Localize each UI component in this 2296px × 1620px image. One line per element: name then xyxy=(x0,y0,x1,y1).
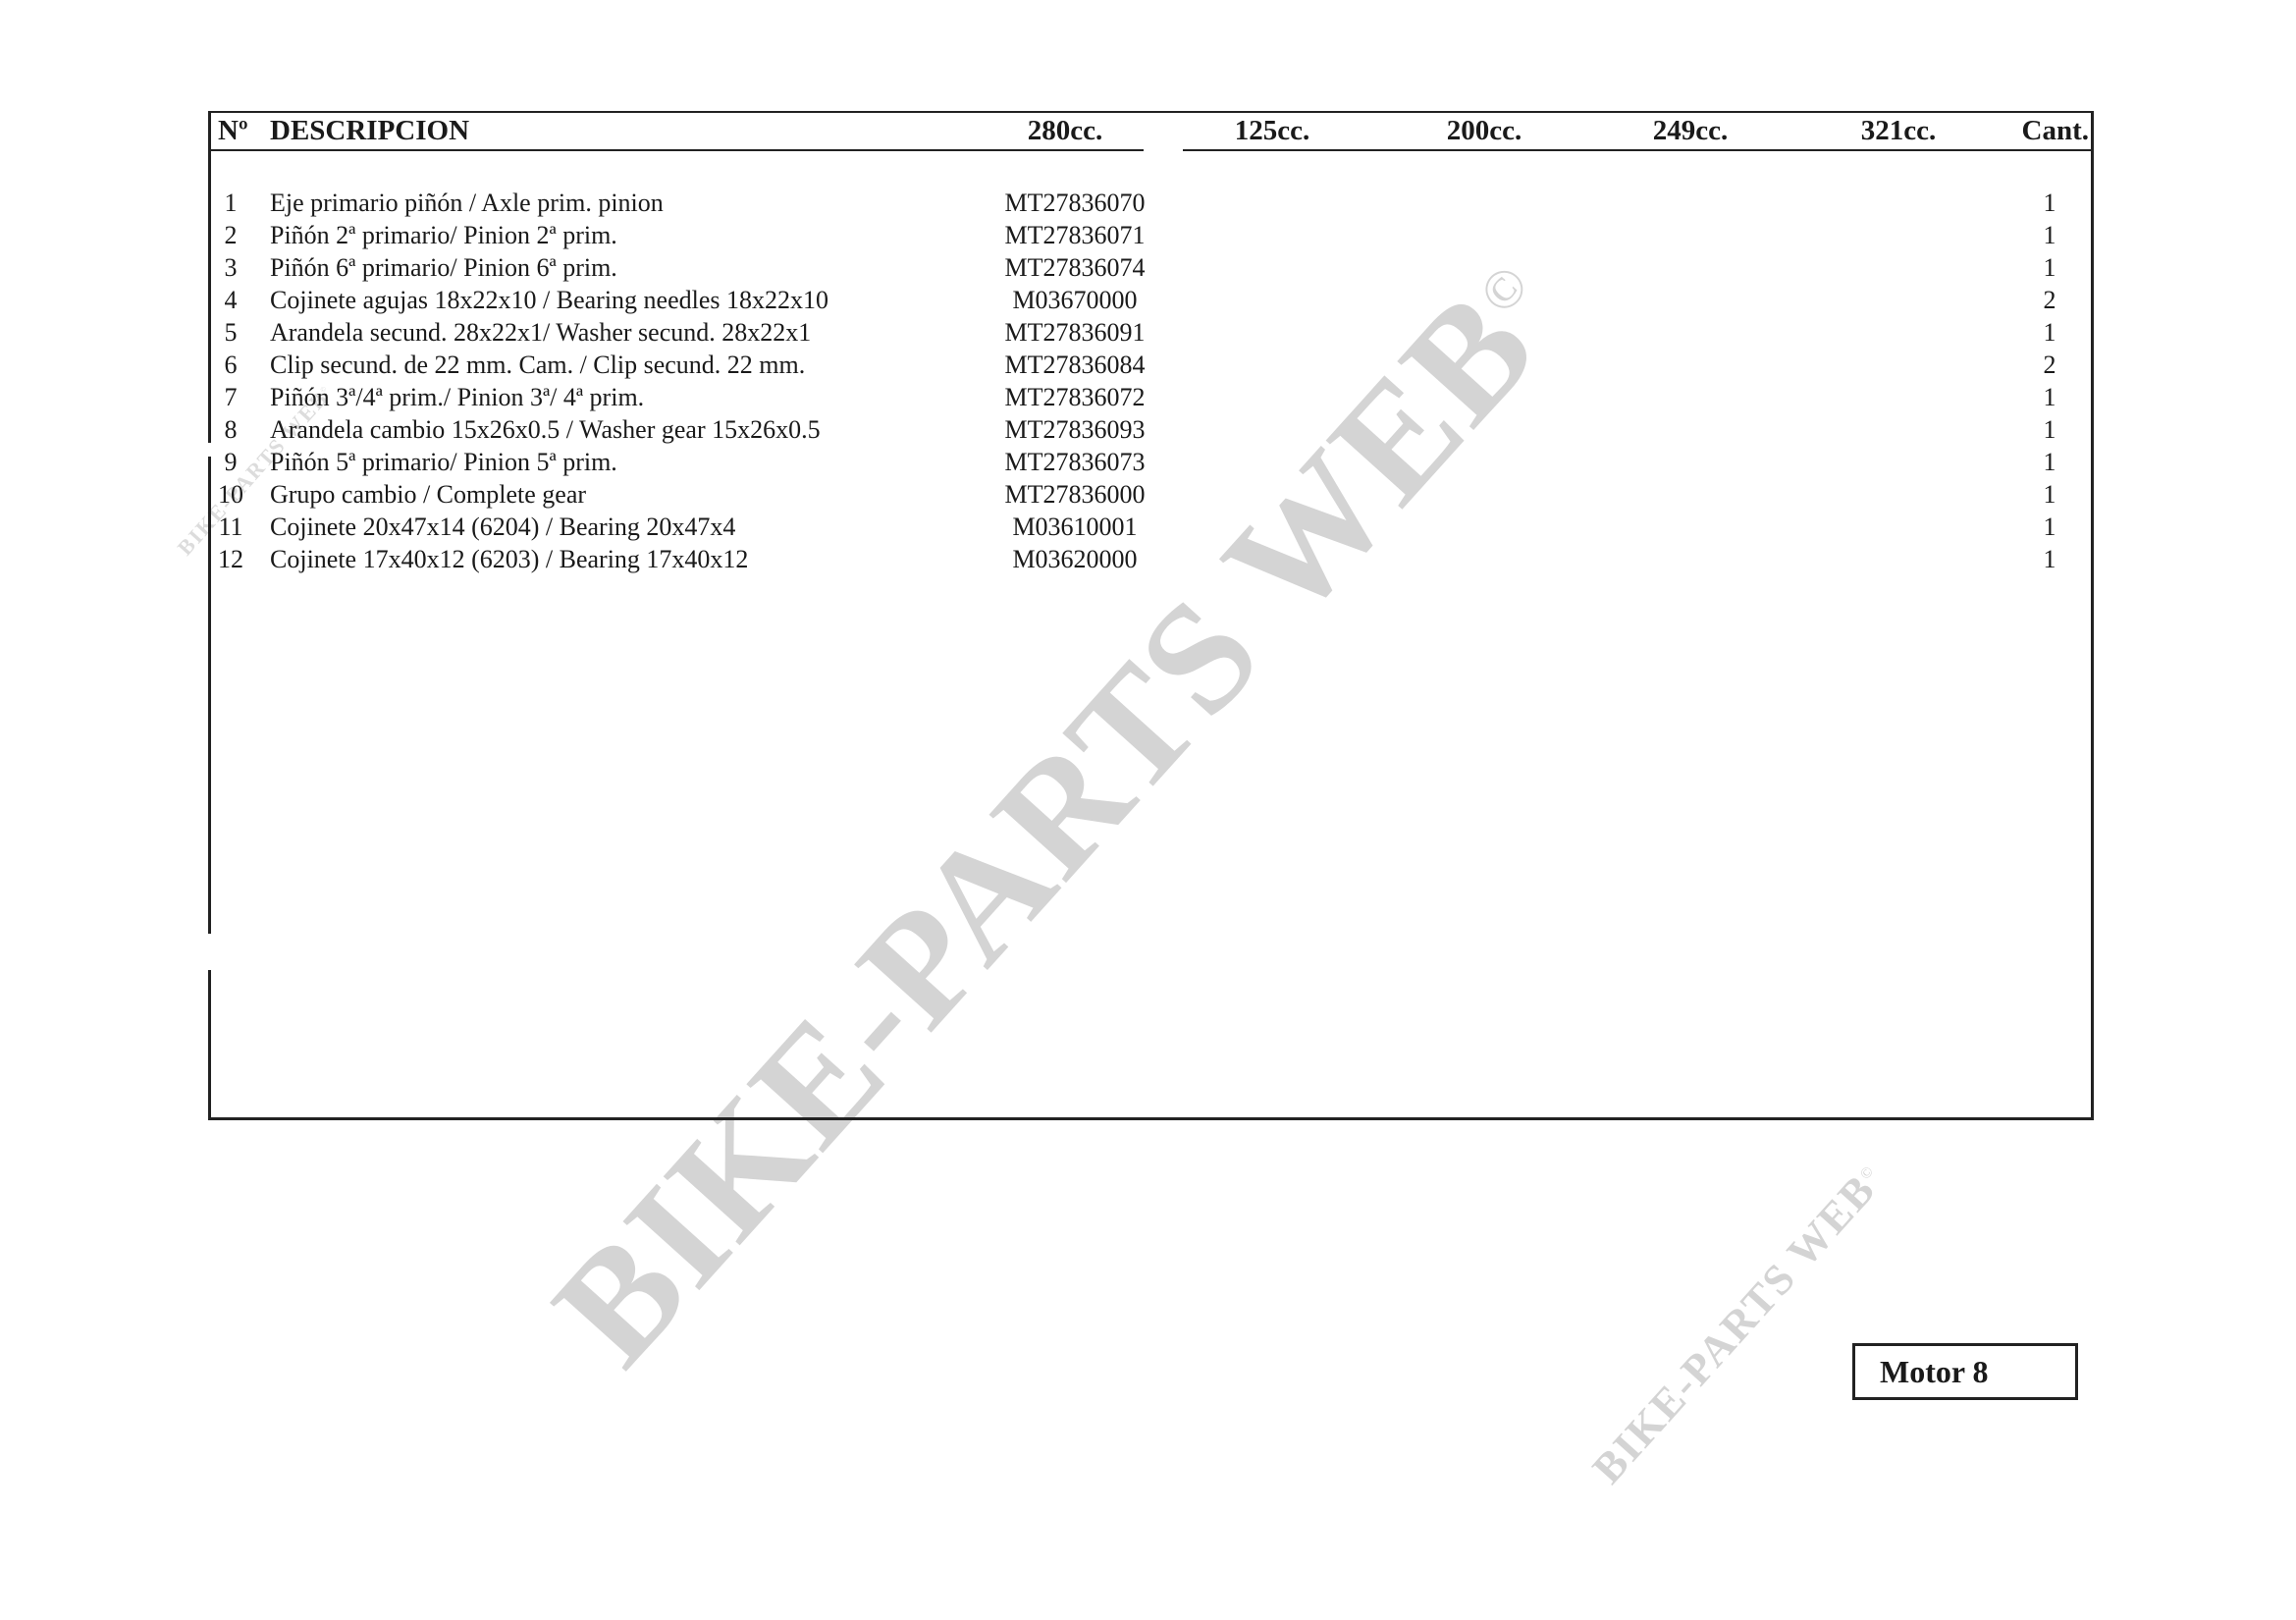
row-number: 11 xyxy=(218,511,243,543)
table-row: 5Arandela secund. 28x22x1/ Washer secund… xyxy=(0,316,2296,349)
row-number: 7 xyxy=(218,381,243,413)
row-part-number-280cc: MT27836000 xyxy=(1005,478,1146,511)
row-part-number-280cc: MT27836093 xyxy=(1005,413,1146,446)
header-rule-gap xyxy=(1144,148,1183,152)
row-description: Clip secund. de 22 mm. Cam. / Clip secun… xyxy=(270,349,805,381)
table-row: 2Piñón 2ª primario/ Pinion 2ª prim.MT278… xyxy=(0,219,2296,251)
row-description: Piñón 6ª primario/ Pinion 6ª prim. xyxy=(270,251,617,284)
section-label: Motor 8 xyxy=(1880,1346,1988,1397)
row-quantity: 1 xyxy=(2044,543,2056,575)
row-description: Piñón 2ª primario/ Pinion 2ª prim. xyxy=(270,219,617,251)
row-quantity: 1 xyxy=(2044,446,2056,478)
row-description: Piñón 5ª primario/ Pinion 5ª prim. xyxy=(270,446,617,478)
row-quantity: 2 xyxy=(2044,349,2056,381)
row-number: 9 xyxy=(218,446,243,478)
frame-left-border xyxy=(208,970,211,1120)
row-number: 12 xyxy=(218,543,243,575)
row-description: Cojinete 17x40x12 (6203) / Bearing 17x40… xyxy=(270,543,748,575)
header-200cc: 200cc. xyxy=(1447,112,1522,149)
row-quantity: 1 xyxy=(2044,187,2056,219)
table-row: 6Clip secund. de 22 mm. Cam. / Clip secu… xyxy=(0,349,2296,381)
row-quantity: 1 xyxy=(2044,413,2056,446)
table-row: 1Eje primario piñón / Axle prim. pinionM… xyxy=(0,187,2296,219)
row-description: Cojinete agujas 18x22x10 / Bearing needl… xyxy=(270,284,828,316)
header-num: Nº xyxy=(218,112,248,149)
table-row: 11Cojinete 20x47x14 (6204) / Bearing 20x… xyxy=(0,511,2296,543)
row-description: Eje primario piñón / Axle prim. pinion xyxy=(270,187,664,219)
row-description: Piñón 3ª/4ª prim./ Pinion 3ª/ 4ª prim. xyxy=(270,381,644,413)
row-part-number-280cc: M03610001 xyxy=(1012,511,1137,543)
row-description: Cojinete 20x47x14 (6204) / Bearing 20x47… xyxy=(270,511,735,543)
row-part-number-280cc: MT27836074 xyxy=(1005,251,1146,284)
table-row: 7Piñón 3ª/4ª prim./ Pinion 3ª/ 4ª prim.M… xyxy=(0,381,2296,413)
row-quantity: 1 xyxy=(2044,381,2056,413)
row-number: 10 xyxy=(218,478,243,511)
table-row: 10Grupo cambio / Complete gearMT27836000… xyxy=(0,478,2296,511)
table-row: 9Piñón 5ª primario/ Pinion 5ª prim.MT278… xyxy=(0,446,2296,478)
row-part-number-280cc: M03670000 xyxy=(1012,284,1137,316)
table-row: 4Cojinete agujas 18x22x10 / Bearing need… xyxy=(0,284,2296,316)
table-row: 3Piñón 6ª primario/ Pinion 6ª prim.MT278… xyxy=(0,251,2296,284)
row-part-number-280cc: MT27836072 xyxy=(1005,381,1146,413)
watermark-small: BIKE-PARTS WEB© xyxy=(1582,1155,1895,1493)
row-quantity: 1 xyxy=(2044,511,2056,543)
row-part-number-280cc: M03620000 xyxy=(1012,543,1137,575)
row-part-number-280cc: MT27836073 xyxy=(1005,446,1146,478)
header-280cc: 280cc. xyxy=(1028,112,1103,149)
row-part-number-280cc: MT27836091 xyxy=(1005,316,1146,349)
row-description: Arandela secund. 28x22x1/ Washer secund.… xyxy=(270,316,811,349)
row-number: 4 xyxy=(218,284,243,316)
row-quantity: 1 xyxy=(2044,251,2056,284)
row-part-number-280cc: MT27836071 xyxy=(1005,219,1146,251)
table-row: 12Cojinete 17x40x12 (6203) / Bearing 17x… xyxy=(0,543,2296,575)
header-description: DESCRIPCION xyxy=(270,112,469,149)
row-number: 6 xyxy=(218,349,243,381)
table-row: 8Arandela cambio 15x26x0.5 / Washer gear… xyxy=(0,413,2296,446)
row-quantity: 1 xyxy=(2044,316,2056,349)
row-description: Arandela cambio 15x26x0.5 / Washer gear … xyxy=(270,413,821,446)
row-part-number-280cc: MT27836070 xyxy=(1005,187,1146,219)
row-description: Grupo cambio / Complete gear xyxy=(270,478,586,511)
header-321cc: 321cc. xyxy=(1861,112,1937,149)
row-number: 3 xyxy=(218,251,243,284)
row-quantity: 1 xyxy=(2044,478,2056,511)
row-quantity: 2 xyxy=(2044,284,2056,316)
section-label-box: Motor 8 xyxy=(1852,1343,2078,1400)
header-249cc: 249cc. xyxy=(1653,112,1729,149)
header-125cc: 125cc. xyxy=(1235,112,1310,149)
header-qty: Cant. xyxy=(2022,112,2089,149)
row-part-number-280cc: MT27836084 xyxy=(1005,349,1146,381)
row-number: 5 xyxy=(218,316,243,349)
row-number: 8 xyxy=(218,413,243,446)
row-number: 1 xyxy=(218,187,243,219)
row-quantity: 1 xyxy=(2044,219,2056,251)
row-number: 2 xyxy=(218,219,243,251)
